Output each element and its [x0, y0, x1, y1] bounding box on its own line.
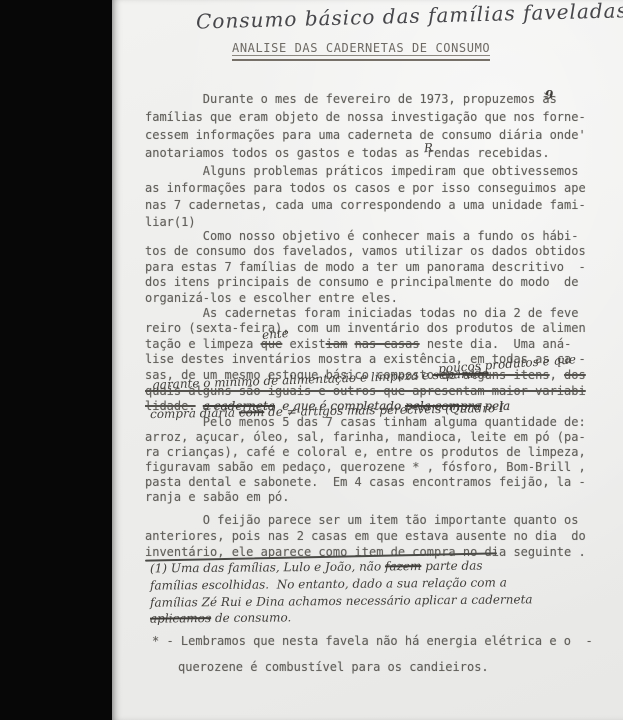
handwritten-annotation: R — [423, 141, 433, 157]
typed-line: liar(1) — [145, 215, 196, 229]
typed-line: arroz, açucar, óleo, sal, farinha, mandi… — [145, 430, 586, 444]
typed-line: organizá-los e escolher entre eles. — [145, 291, 398, 305]
typed-segment: nas 7 cadernetas, cada uma correspondend… — [145, 198, 586, 212]
handwritten-title: Consumo básico das famílias faveladas : — [196, 0, 616, 33]
typed-segment: O feijão parece ser um item tão importan… — [145, 513, 578, 527]
handwritten-segment: R — [423, 141, 433, 156]
typed-segment: pasta dental e sabonete. Em 4 casas enco… — [145, 475, 586, 489]
typed-line: Como nosso objetivo é conhecer mais a fu… — [145, 229, 578, 243]
typed-segment: as informações para todos os casos e por… — [145, 181, 586, 195]
handwritten-segment: famílias escolhidas. No entanto, dado a … — [150, 575, 507, 592]
handwritten-segment: fazem — [385, 559, 422, 573]
typed-line: cessem informações para uma caderneta de… — [145, 128, 586, 142]
typed-line: anotariamos todos os gastos e todas as r… — [145, 146, 550, 160]
typed-line: anteriores, pois nas 2 casas em que esta… — [145, 529, 586, 543]
typed-line: pasta dental e sabonete. Em 4 casas enco… — [145, 475, 586, 489]
handwritten-segment: compra diária — [150, 406, 239, 422]
typed-line: ranja e sabão em pó. — [145, 490, 290, 504]
typed-line: reiro (sexta-feira), com um inventário d… — [145, 321, 586, 335]
handwritten-annotation: famílias Zé Rui e Dina achamos necessári… — [150, 592, 533, 610]
typed-line: figuravam sabão em pedaço, querozene * ,… — [145, 460, 586, 474]
typed-segment: dos itens principais de consumo e princi… — [145, 275, 578, 289]
typed-line: O feijão parece ser um item tão importan… — [145, 513, 578, 527]
handwritten-segment: parte das — [421, 559, 482, 574]
handwritten-segment: ente — [261, 326, 289, 342]
typed-line: as informações para todos os casos e por… — [145, 181, 586, 195]
typed-segment: cessem informações para uma caderneta de… — [145, 128, 586, 142]
typed-segment: liar(1) — [145, 215, 196, 229]
typed-line: Alguns problemas práticos impediram que … — [145, 164, 578, 178]
typed-segment: neste dia. Uma aná- — [420, 337, 572, 351]
typed-segment: figuravam sabão em pedaço, querozene * ,… — [145, 460, 586, 474]
typed-segment — [347, 337, 354, 351]
typed-line: dos itens principais de consumo e princi… — [145, 275, 578, 289]
typed-line: famílias que eram objeto de nossa invest… — [145, 110, 586, 124]
handwritten-annotation: (1) Uma das famílias, Lulo e João, não f… — [150, 559, 483, 577]
content-layer: Consumo básico das famílias faveladas : … — [0, 0, 623, 720]
typed-line: As cadernetas foram iniciadas todas no d… — [145, 306, 578, 320]
typed-segment: * - Lembramos que nesta favela não há en… — [152, 634, 593, 648]
typed-segment: reiro (sexta-feira), com um inventário d… — [145, 321, 586, 335]
typed-line: nas 7 cadernetas, cada uma correspondend… — [145, 198, 586, 212]
document-heading: ANALISE DAS CADERNETAS DE CONSUMO — [232, 41, 490, 61]
handwritten-segment: (1) Uma das famílias, Lulo e João, não — [150, 559, 385, 575]
handwritten-annotation: 9 — [545, 80, 553, 104]
handwritten-segment: aplicamos — [150, 611, 211, 626]
typed-segment: anteriores, pois nas 2 casas em que esta… — [145, 529, 586, 543]
typed-segment: nas casas — [355, 337, 420, 351]
typed-segment: querozene é combustível para os candieir… — [178, 660, 489, 674]
typed-line: querozene é combustível para os candieir… — [178, 660, 489, 674]
typed-segment: tação e limpeza — [145, 337, 261, 351]
typed-segment: As cadernetas foram iniciadas todas no d… — [145, 306, 578, 320]
typed-segment: ra crianças), café e coloral e, entre os… — [145, 445, 586, 459]
handwritten-annotation: ente — [261, 326, 289, 342]
typed-line: tação e limpeza que existiam nas casas n… — [145, 337, 571, 351]
typed-segment: dos — [564, 368, 586, 382]
typed-line: * - Lembramos que nesta favela não há en… — [152, 634, 593, 648]
handwritten-segment: de consumo. — [211, 610, 291, 625]
typed-segment: anotariamos todos os gastos e todas as r… — [145, 146, 550, 160]
typed-segment: tos de consumo dos favelados, vamos util… — [145, 244, 586, 258]
typed-segment: famílias que eram objeto de nossa invest… — [145, 110, 586, 124]
typed-segment: organizá-los e escolher entre eles. — [145, 291, 398, 305]
typed-segment: para estas 7 famílias de modo a ter um p… — [145, 260, 586, 274]
handwritten-segment: com — [239, 405, 265, 419]
handwritten-annotation: aplicamos de consumo. — [150, 610, 291, 626]
typed-segment: Alguns problemas práticos impediram que … — [145, 164, 578, 178]
typed-segment: , — [550, 368, 564, 382]
typed-segment: iam — [326, 337, 348, 351]
scanned-document: Consumo básico das famílias faveladas : … — [0, 0, 623, 720]
typed-segment: arroz, açucar, óleo, sal, farinha, mandi… — [145, 430, 586, 444]
handwritten-segment: famílias Zé Rui e Dina achamos necessári… — [150, 592, 533, 609]
typed-segment: Durante o mes de fevereiro de 1973, prop… — [145, 92, 557, 106]
typed-segment: Como nosso objetivo é conhecer mais a fu… — [145, 229, 578, 243]
typed-line: Durante o mes de fevereiro de 1973, prop… — [145, 92, 557, 106]
typed-line: para estas 7 famílias de modo a ter um p… — [145, 260, 586, 274]
typed-line: ra crianças), café e coloral e, entre os… — [145, 445, 586, 459]
handwritten-annotation: famílias escolhidas. No entanto, dado a … — [150, 575, 507, 593]
typed-line: tos de consumo dos favelados, vamos util… — [145, 244, 586, 258]
typed-segment: ranja e sabão em pó. — [145, 490, 290, 504]
handwritten-segment: separado — [433, 366, 489, 382]
handwritten-segment: 9 — [545, 88, 553, 102]
